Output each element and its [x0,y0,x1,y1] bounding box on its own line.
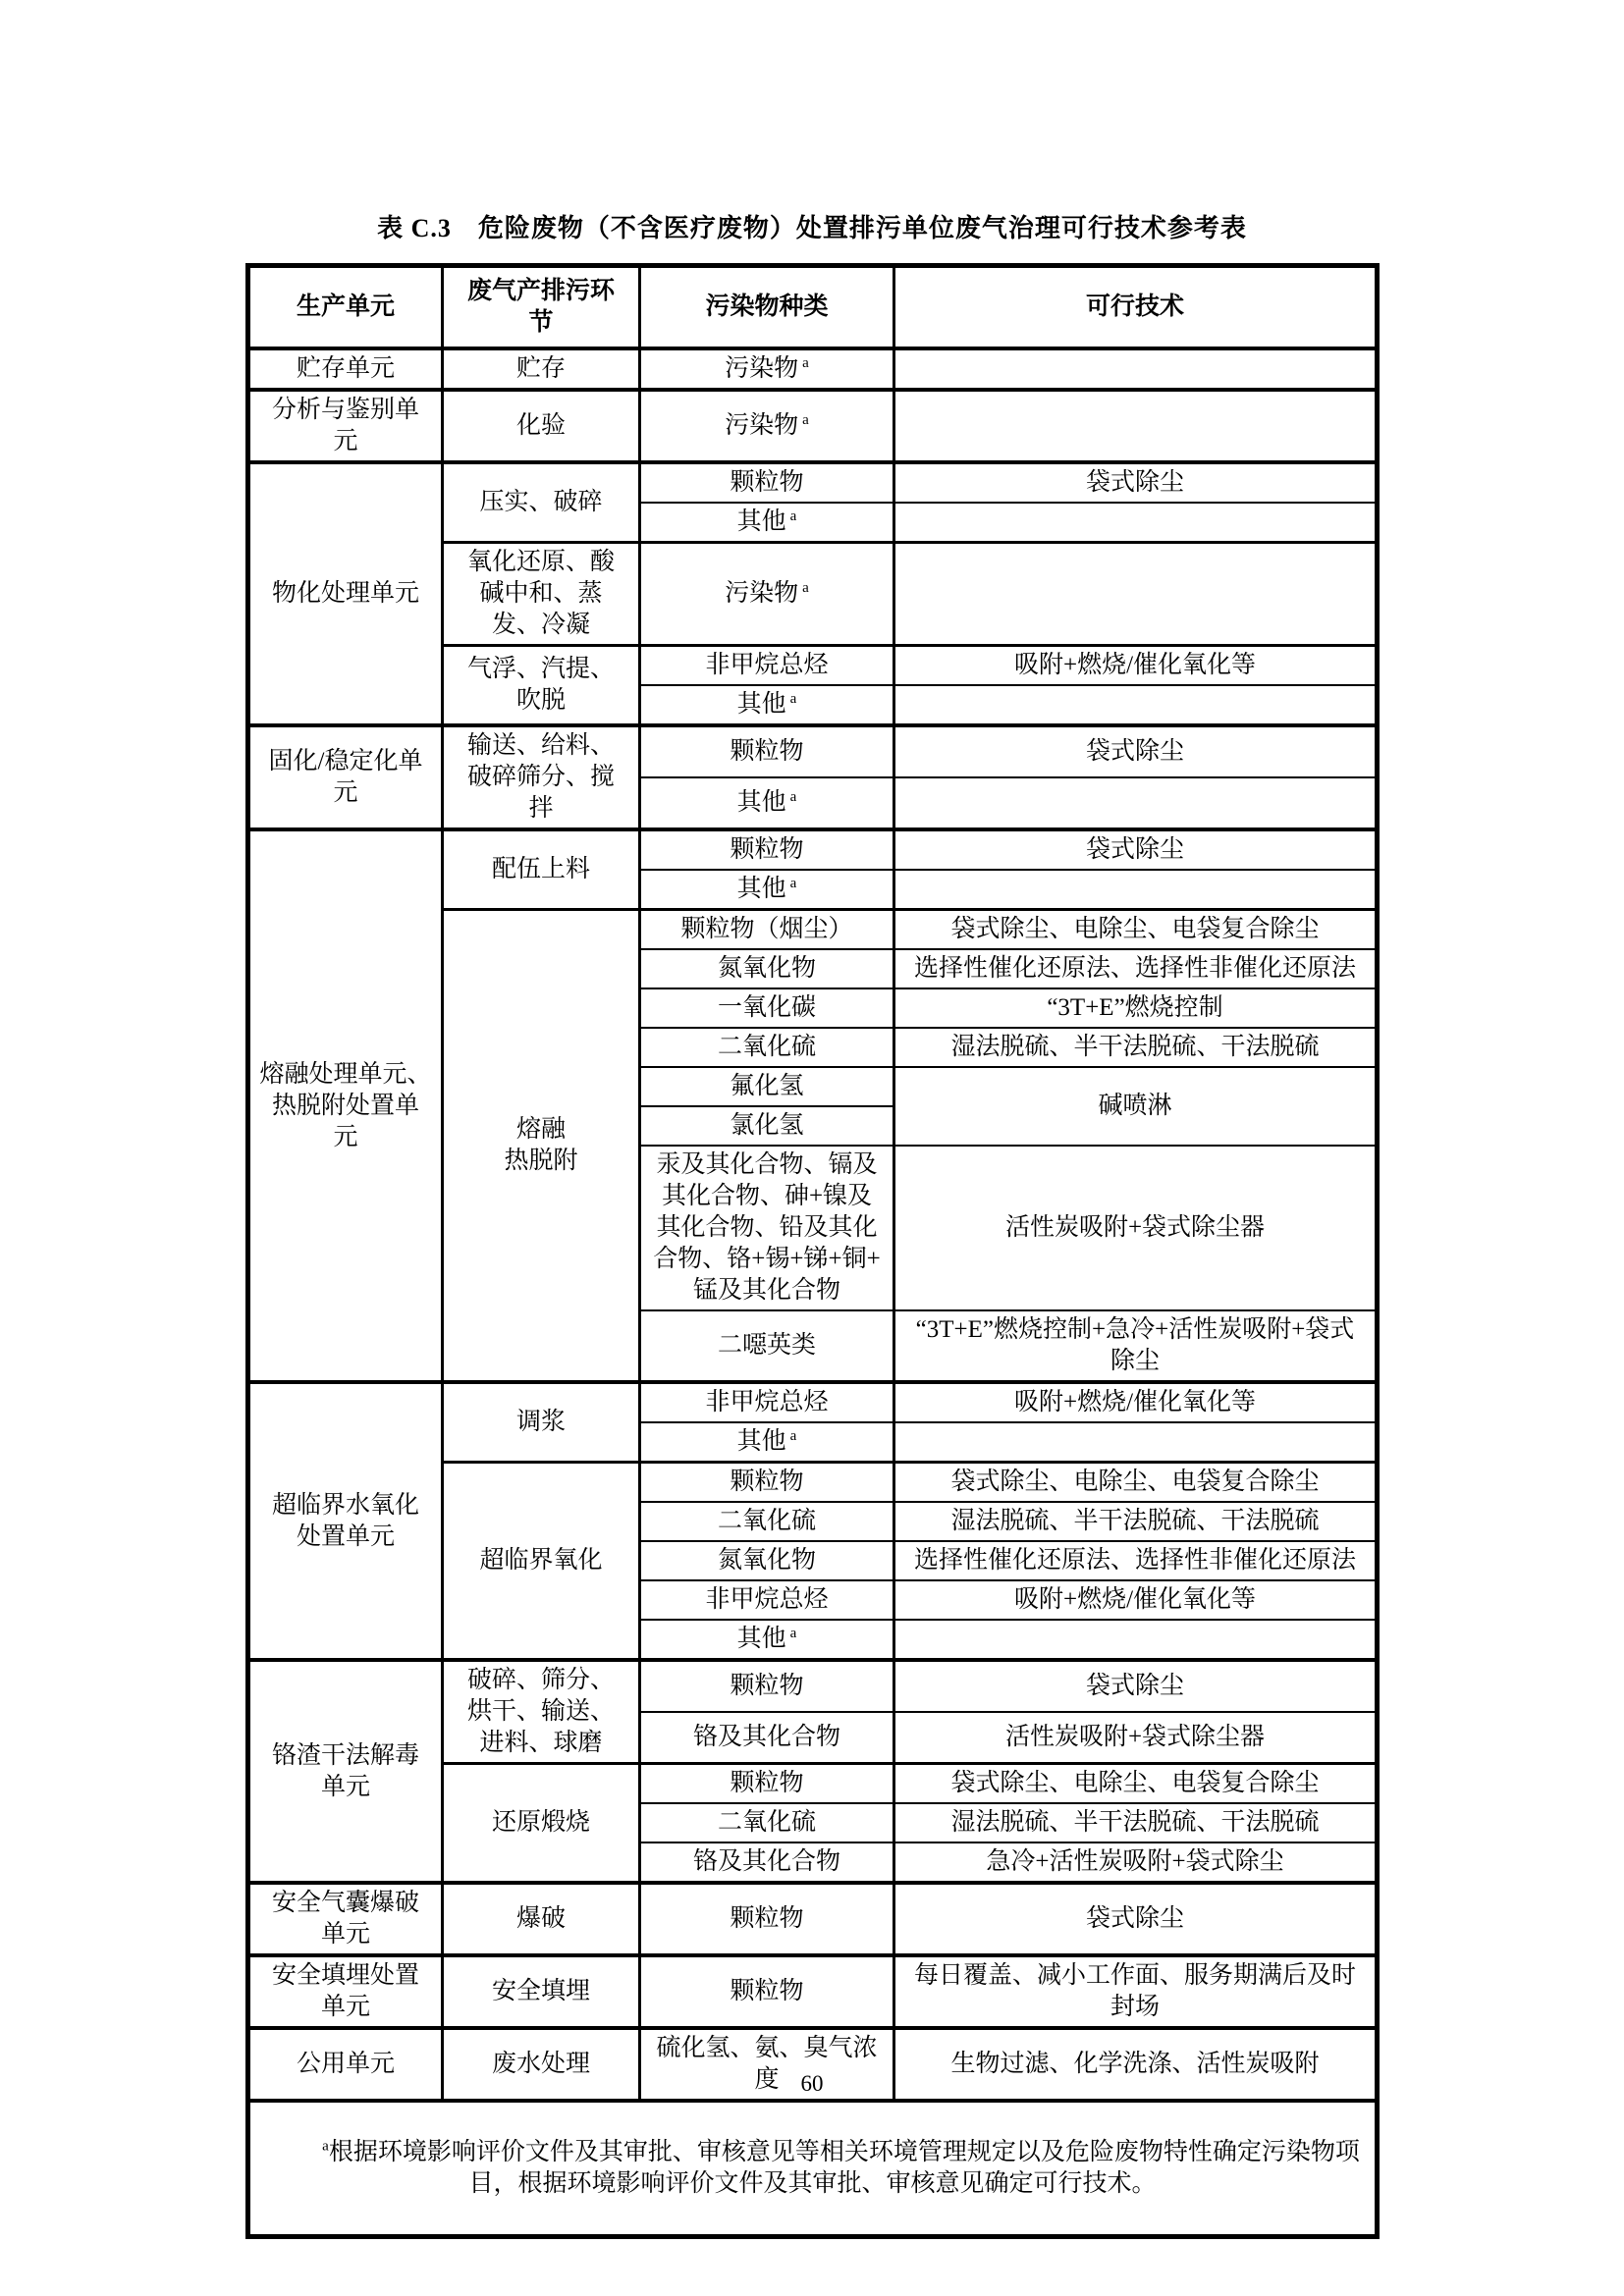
footnote-marker: a [322,2139,329,2155]
tech-cell: 袋式除尘 [894,725,1378,777]
reference-table: 生产单元 废气产排污环 节 污染物种类 可行技术 贮存单元贮存污染物a分析与鉴别… [245,263,1380,2239]
table-row: 分析与鉴别单 元化验污染物a [248,390,1378,462]
pollutant-cell: 二氧化硫 [640,1502,894,1541]
footnote-ref: a [802,412,809,428]
pollutant-cell: 二噁英类 [640,1310,894,1382]
tech-cell [894,1620,1378,1660]
table-row: 物化处理单元压实、破碎颗粒物袋式除尘 [248,462,1378,503]
tech-cell: 湿法脱硫、半干法脱硫、干法脱硫 [894,1028,1378,1067]
stage-cell: 调浆 [443,1382,640,1463]
unit-cell: 固化/稳定化单 元 [248,725,443,829]
unit-cell: 安全填埋处置 单元 [248,1955,443,2028]
table-row: 熔融处理单元、 热脱附处置单 元配伍上料颗粒物袋式除尘 [248,829,1378,870]
tech-cell [894,685,1378,725]
tech-cell: 每日覆盖、减小工作面、服务期满后及时 封场 [894,1955,1378,2028]
tech-cell: 急冷+活性炭吸附+袋式除尘 [894,1842,1378,1883]
pollutant-cell: 一氧化碳 [640,988,894,1028]
reference-table-wrapper: 生产单元 废气产排污环 节 污染物种类 可行技术 贮存单元贮存污染物a分析与鉴别… [245,263,1375,2239]
tech-cell: 吸附+燃烧/催化氧化等 [894,1580,1378,1620]
tech-cell: “3T+E”燃烧控制 [894,988,1378,1028]
pollutant-cell: 其他a [640,1422,894,1463]
pollutant-cell: 铬及其化合物 [640,1842,894,1883]
unit-cell: 熔融处理单元、 热脱附处置单 元 [248,829,443,1382]
pollutant-cell: 污染物a [640,348,894,390]
pollutant-cell: 铬及其化合物 [640,1712,894,1763]
tech-cell [894,777,1378,829]
unit-cell: 分析与鉴别单 元 [248,390,443,462]
tech-cell: 袋式除尘、电除尘、电袋复合除尘 [894,910,1378,950]
tech-cell [894,870,1378,910]
unit-cell: 铬渣干法解毒 单元 [248,1660,443,1883]
footnote-ref: a [790,789,797,805]
pollutant-cell: 其他a [640,777,894,829]
pollutant-cell: 颗粒物 [640,1764,894,1804]
stage-cell: 输送、给料、 破碎筛分、搅 拌 [443,725,640,829]
stage-cell: 超临界氧化 [443,1463,640,1661]
unit-cell: 贮存单元 [248,348,443,390]
stage-cell: 爆破 [443,1883,640,1955]
tech-cell: “3T+E”燃烧控制+急冷+活性炭吸附+袋式 除尘 [894,1310,1378,1382]
tech-cell: 碱喷淋 [894,1067,1378,1146]
table-row: 安全气囊爆破 单元爆破颗粒物袋式除尘 [248,1883,1378,1955]
table-footnote: a根据环境影响评价文件及其审批、审核意见等相关环境管理规定以及危险废物特性确定污… [248,2101,1378,2237]
table-title: 表 C.3 危险废物（不含医疗废物）处置排污单位废气治理可行技术参考表 [0,208,1624,244]
pollutant-cell: 氮氧化物 [640,1541,894,1580]
tech-cell: 袋式除尘、电除尘、电袋复合除尘 [894,1463,1378,1503]
page-number: 60 [0,2071,1624,2097]
tech-cell: 选择性催化还原法、选择性非催化还原法 [894,1541,1378,1580]
stage-cell: 安全填埋 [443,1955,640,2028]
pollutant-cell: 其他a [640,870,894,910]
pollutant-cell: 非甲烷总烃 [640,1382,894,1422]
tech-cell: 活性炭吸附+袋式除尘器 [894,1712,1378,1763]
table-row: 安全填埋处置 单元安全填埋颗粒物每日覆盖、减小工作面、服务期满后及时 封场 [248,1955,1378,2028]
pollutant-cell: 其他a [640,1620,894,1660]
footnote-text: 根据环境影响评价文件及其审批、审核意见等相关环境管理规定以及危险废物特性确定污染… [329,2139,1360,2197]
column-header-unit: 生产单元 [248,266,443,349]
pollutant-cell: 颗粒物（烟尘） [640,910,894,950]
unit-cell: 超临界水氧化 处置单元 [248,1382,443,1660]
table-row: 贮存单元贮存污染物a [248,348,1378,390]
footnote-row: a根据环境影响评价文件及其审批、审核意见等相关环境管理规定以及危险废物特性确定污… [248,2101,1378,2237]
column-header-technology: 可行技术 [894,266,1378,349]
tech-cell [894,348,1378,390]
stage-cell: 压实、破碎 [443,462,640,543]
pollutant-cell: 氟化氢 [640,1067,894,1106]
tech-cell: 袋式除尘、电除尘、电袋复合除尘 [894,1764,1378,1804]
tech-cell [894,503,1378,543]
pollutant-cell: 颗粒物 [640,1660,894,1712]
stage-cell: 化验 [443,390,640,462]
document-page: 表 C.3 危险废物（不含医疗废物）处置排污单位废气治理可行技术参考表 生产单元… [0,0,1624,2296]
footnote-ref: a [790,1428,797,1444]
pollutant-cell: 颗粒物 [640,1955,894,2028]
pollutant-cell: 颗粒物 [640,829,894,870]
pollutant-cell: 非甲烷总烃 [640,1580,894,1620]
pollutant-cell: 污染物a [640,543,894,646]
pollutant-cell: 颗粒物 [640,462,894,503]
pollutant-cell: 其他a [640,685,894,725]
tech-cell: 选择性催化还原法、选择性非催化还原法 [894,949,1378,988]
tech-cell: 袋式除尘 [894,1660,1378,1712]
table-row: 铬渣干法解毒 单元破碎、筛分、 烘干、输送、 进料、球磨颗粒物袋式除尘 [248,1660,1378,1712]
column-header-pollutant: 污染物种类 [640,266,894,349]
tech-cell: 吸附+燃烧/催化氧化等 [894,1382,1378,1422]
tech-cell: 湿法脱硫、半干法脱硫、干法脱硫 [894,1502,1378,1541]
tech-cell [894,1422,1378,1463]
stage-cell: 配伍上料 [443,829,640,910]
unit-cell: 物化处理单元 [248,462,443,725]
footnote-ref: a [790,1626,797,1641]
stage-cell: 还原煅烧 [443,1764,640,1884]
tech-cell: 袋式除尘 [894,1883,1378,1955]
column-header-stage: 废气产排污环 节 [443,266,640,349]
stage-cell: 贮存 [443,348,640,390]
tech-cell: 活性炭吸附+袋式除尘器 [894,1146,1378,1310]
stage-cell: 熔融 热脱附 [443,910,640,1383]
tech-cell: 袋式除尘 [894,462,1378,503]
pollutant-cell: 污染物a [640,390,894,462]
pollutant-cell: 非甲烷总烃 [640,646,894,686]
table-row: 固化/稳定化单 元输送、给料、 破碎筛分、搅 拌颗粒物袋式除尘 [248,725,1378,777]
pollutant-cell: 颗粒物 [640,1463,894,1503]
pollutant-cell: 颗粒物 [640,725,894,777]
footnote-ref: a [790,691,797,707]
pollutant-cell: 其他a [640,503,894,543]
header-row: 生产单元 废气产排污环 节 污染物种类 可行技术 [248,266,1378,349]
pollutant-cell: 颗粒物 [640,1883,894,1955]
tech-cell: 湿法脱硫、半干法脱硫、干法脱硫 [894,1803,1378,1842]
pollutant-cell: 氮氧化物 [640,949,894,988]
table-row: 超临界水氧化 处置单元调浆非甲烷总烃吸附+燃烧/催化氧化等 [248,1382,1378,1422]
footnote-ref: a [790,876,797,891]
pollutant-cell: 氯化氢 [640,1106,894,1146]
pollutant-cell: 二氧化硫 [640,1028,894,1067]
tech-cell [894,390,1378,462]
pollutant-cell: 汞及其化合物、镉及 其化合物、砷+镍及 其化合物、铅及其化 合物、铬+锡+锑+铜… [640,1146,894,1310]
footnote-ref: a [790,508,797,524]
tech-cell [894,543,1378,646]
stage-cell: 破碎、筛分、 烘干、输送、 进料、球磨 [443,1660,640,1764]
unit-cell: 安全气囊爆破 单元 [248,1883,443,1955]
footnote-ref: a [802,580,809,596]
pollutant-cell: 二氧化硫 [640,1803,894,1842]
tech-cell: 袋式除尘 [894,829,1378,870]
tech-cell: 吸附+燃烧/催化氧化等 [894,646,1378,686]
stage-cell: 氧化还原、酸 碱中和、蒸 发、冷凝 [443,543,640,646]
footnote-ref: a [802,355,809,371]
stage-cell: 气浮、汽提、 吹脱 [443,646,640,726]
